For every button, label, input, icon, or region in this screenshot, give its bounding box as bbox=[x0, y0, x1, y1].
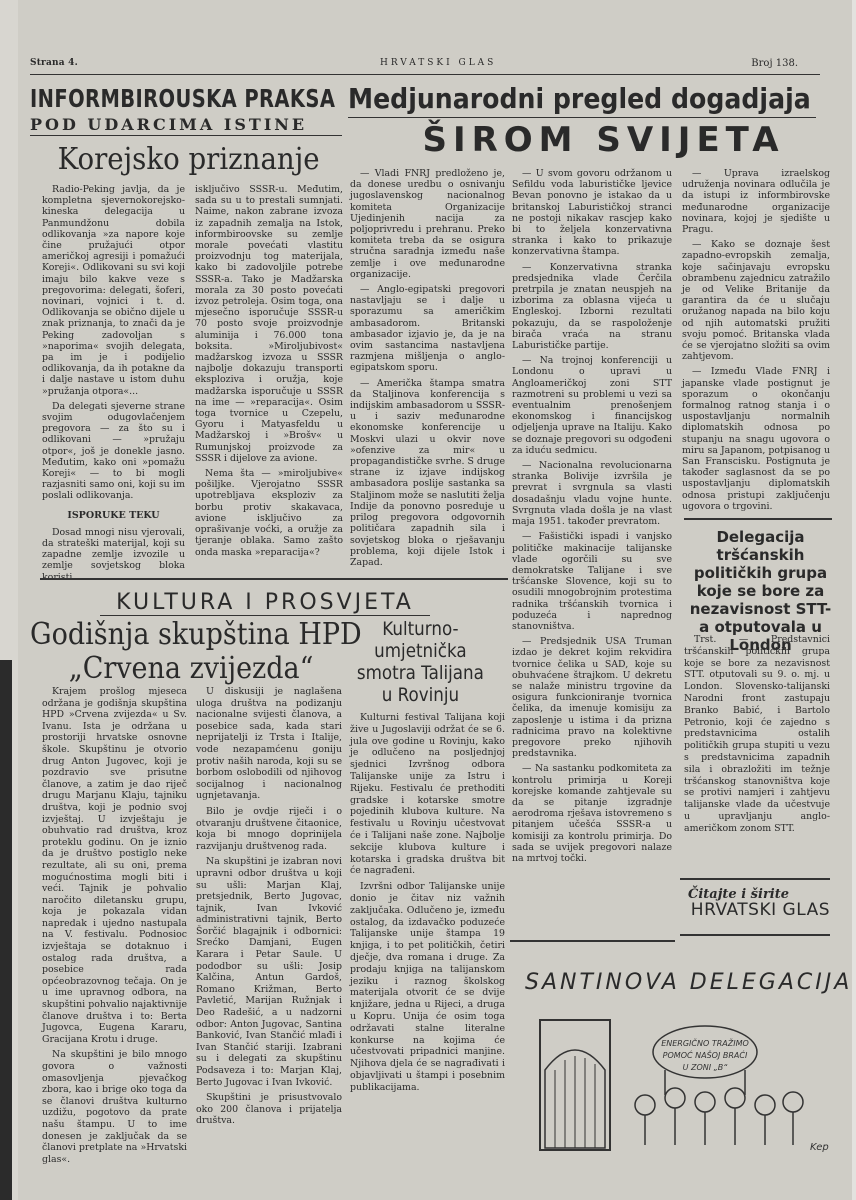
cartoon-title: SANTINOVA DELEGACIJA bbox=[525, 970, 825, 995]
paragraph: Kulturni festival Talijana koji žive u J… bbox=[350, 712, 505, 877]
news-item: — Na sastanku podkomiteta za kontrolu pr… bbox=[512, 763, 672, 864]
rovinj-headline: Kulturno-umjetnička smotra Talijana u Ro… bbox=[350, 618, 491, 706]
international-column-2: — U svom govoru održanom u Sefildu voda … bbox=[512, 168, 672, 868]
promo-rule-top bbox=[680, 878, 830, 880]
international-masthead: Medjunarodni pregled dogadjaja ŠIROM SVI… bbox=[348, 82, 823, 160]
paragraph: Skupštini je prisustvovalo oko 200 člano… bbox=[196, 1092, 342, 1127]
issue-number: Broj 138. bbox=[751, 58, 798, 69]
paragraph: Na skupštini je bilo mnogo govora o važn… bbox=[42, 1049, 187, 1165]
paragraph: Radio-Peking javlja, da je kompletna sje… bbox=[42, 184, 185, 397]
informbiro-column-2: isključivo SSSR-u. Međutim, sada su u to… bbox=[195, 184, 343, 562]
svg-text:U ZONI „B“: U ZONI „B“ bbox=[683, 1063, 729, 1072]
promo-rule-bottom bbox=[680, 934, 830, 936]
paragraph: Bilo je ovdje riječi i o otvaranju društ… bbox=[196, 806, 342, 852]
headline-line: Godišnja skupština HPD bbox=[30, 618, 316, 652]
cartoon-illustration-icon: ENERGIČNO TRAŽIMO POMOĆ NAŠOJ BRAĆI U ZO… bbox=[515, 970, 835, 1160]
cartoon: SANTINOVA DELEGACIJA ENERGIČNO TRAŽIMO P… bbox=[515, 970, 835, 1160]
column-divider bbox=[510, 940, 675, 942]
news-item: — Nacionalna revolucionarna stranka Boli… bbox=[512, 460, 672, 527]
news-item: — U svom govoru održanom u Sefildu voda … bbox=[512, 168, 672, 258]
promo-newspaper-name: HRVATSKI GLAS bbox=[680, 900, 830, 920]
page-edge-right bbox=[852, 0, 856, 1200]
hpd-headline: Godišnja skupština HPD „Crvena zvijezda“ bbox=[30, 618, 316, 686]
headline-line: „Crvena zvijezda“ bbox=[30, 652, 316, 686]
paragraph: Dosad mnogi nisu vjerovali, da strateški… bbox=[42, 527, 185, 583]
news-item: — Između Vlade FNRJ i japanske vlade pos… bbox=[682, 366, 830, 512]
article-headline: Korejsko priznanje bbox=[30, 142, 317, 177]
column-divider bbox=[684, 518, 832, 520]
international-column-3: — Uprava izraelskog udruženja novinara o… bbox=[682, 168, 830, 516]
paragraph: Da delegati sjeverne strane svojim odugo… bbox=[42, 401, 185, 502]
news-item: — Američka štampa smatra da Staljinova k… bbox=[350, 378, 505, 568]
news-item: — Kako se doznaje šest zapadno-evropskih… bbox=[682, 239, 830, 362]
newspaper-name: HRVATSKI GLAS bbox=[380, 58, 496, 68]
news-item: — Na trojnoj konferenciji u Londonu o up… bbox=[512, 355, 672, 456]
section-kicker: Medjunarodni pregled dogadjaja bbox=[348, 82, 816, 118]
section-kicker: INFORMBIROUSKA PRAKSA bbox=[30, 84, 273, 113]
scan-shadow bbox=[0, 660, 12, 1200]
news-item: — Predsjednik USA Truman izdao je dekret… bbox=[512, 636, 672, 759]
news-item: — Uprava izraelskog udruženja novinara o… bbox=[682, 168, 830, 235]
paragraph: Izvršni odbor Talijanske unije donio je … bbox=[350, 881, 505, 1093]
read-and-share-promo: Čitajte i širite HRVATSKI GLAS bbox=[680, 887, 830, 920]
section-headline: ŠIROM SVIJETA bbox=[348, 120, 823, 160]
svg-text:POMOĆ NAŠOJ BRAĆI: POMOĆ NAŠOJ BRAĆI bbox=[663, 1049, 748, 1060]
paragraph: isključivo SSSR-u. Međutim, sada su u to… bbox=[195, 184, 343, 464]
rovinj-article: Kulturni festival Talijana koji žive u J… bbox=[350, 712, 505, 1098]
cartoon-banner: ENERGIČNO TRAŽIMO bbox=[661, 1037, 749, 1048]
hpd-column-2: U diskusiji je naglašena uloga društva n… bbox=[196, 686, 342, 1131]
delegation-article: Trst. — Predstavnici tršćanskih političk… bbox=[684, 634, 830, 839]
header-rule bbox=[30, 74, 820, 75]
cartoon-signature: Kep bbox=[810, 1142, 829, 1153]
hpd-column-1: Krajem prošlog mjeseca održana je godišn… bbox=[42, 686, 187, 1169]
paragraph: U diskusiji je naglašena uloga društva n… bbox=[196, 686, 342, 802]
paragraph: Krajem prošlog mjeseca održana je godišn… bbox=[42, 686, 187, 1045]
informbiro-masthead: INFORMBIROUSKA PRAKSA POD UDARCIMA ISTIN… bbox=[30, 84, 342, 177]
paragraph: Na skupštini je izabran novi upravni odb… bbox=[196, 856, 342, 1088]
paragraph: Nema šta — »miroljubive« pošiljke. Vjero… bbox=[195, 468, 343, 558]
news-item: — Konzervativna stranka predsjednika vla… bbox=[512, 262, 672, 352]
section-divider bbox=[40, 578, 508, 580]
page-number: Strana 4. bbox=[30, 58, 78, 68]
news-item: — Anglo-egipatski pregovori nastavljaju … bbox=[350, 284, 505, 374]
section-title-culture: KULTURA I PROSVJETA bbox=[100, 590, 430, 616]
subheading: ISPORUKE TEKU bbox=[42, 510, 185, 521]
news-item: — Vladi FNRJ predloženo je, da donese ur… bbox=[350, 168, 505, 280]
paragraph: Trst. — Predstavnici tršćanskih političk… bbox=[684, 634, 830, 835]
informbiro-column-1: Radio-Peking javlja, da je kompletna sje… bbox=[42, 184, 185, 587]
section-subkicker: POD UDARCIMA ISTINE bbox=[30, 115, 342, 136]
international-column-1: — Vladi FNRJ predloženo je, da donese ur… bbox=[350, 168, 505, 572]
news-item: — Fašistički ispadi i vanjsko političke … bbox=[512, 531, 672, 632]
